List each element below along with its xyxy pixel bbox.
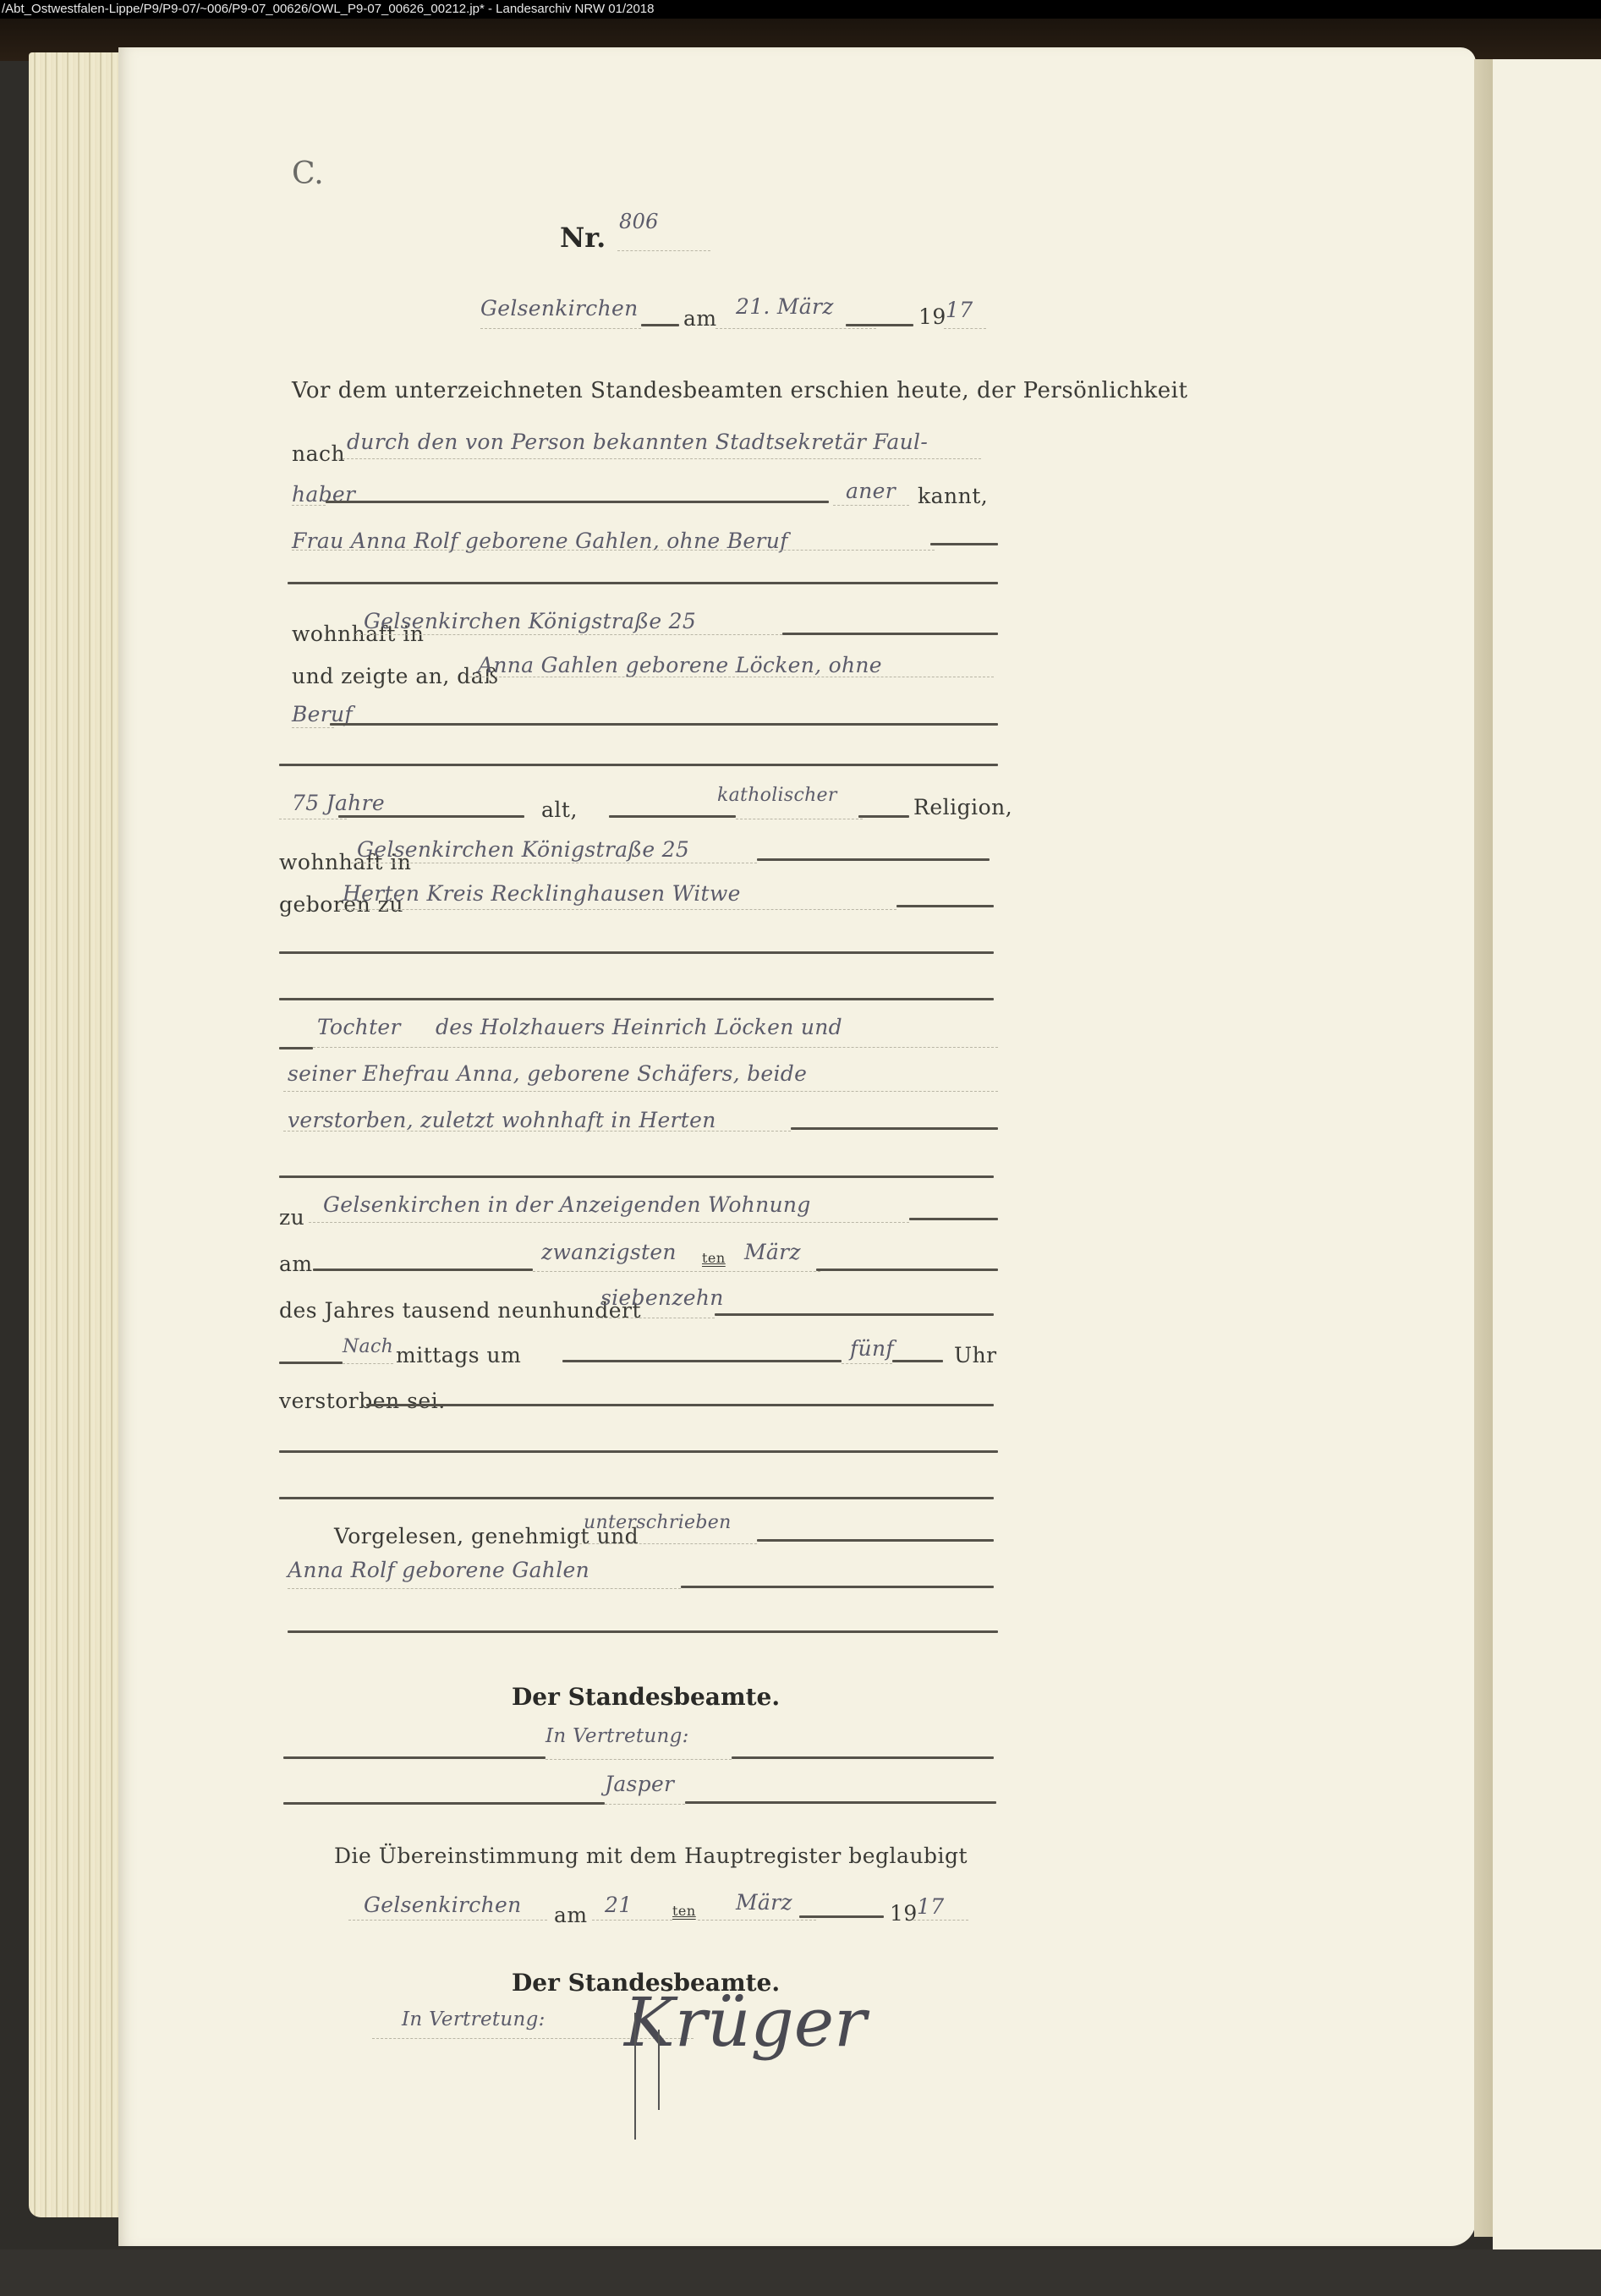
window-title: /Abt_Ostwestfalen-Lippe/P9/P9-07/~006/P9… [0, 0, 1601, 19]
header-year-prefix: 19 [918, 304, 946, 329]
number-line [617, 250, 710, 251]
header-place: Gelsenkirchen [480, 296, 638, 321]
backdrop-bottom [0, 2249, 1601, 2296]
header-date-line [716, 328, 876, 329]
dotted-line [355, 634, 782, 635]
death-day: zwanzigsten [541, 1240, 677, 1264]
identity-line1: durch den von Person bekannten Stadtsekr… [347, 430, 928, 454]
death-uhr-label: Uhr [954, 1343, 997, 1367]
dotted-line [283, 1091, 998, 1092]
section-letter: C. [292, 156, 324, 191]
rule [909, 1218, 998, 1220]
dotted-line [469, 677, 994, 677]
registrar2-signature: Krüger [624, 1983, 866, 2062]
dotted-line [698, 1920, 816, 1921]
dotted-line [283, 1131, 791, 1132]
parents-prefix: Tochter [317, 1015, 401, 1039]
rule [562, 1360, 842, 1362]
dotted-line [313, 1047, 998, 1048]
dotted-line [343, 1363, 393, 1364]
intro-text: Vor dem unterzeichneten Standesbeamten e… [292, 378, 1187, 403]
rule [338, 815, 524, 818]
death-am-label: am [279, 1252, 313, 1276]
dotted-line [351, 863, 757, 863]
book-page-stack [29, 52, 129, 2217]
death-ten-label: ten [702, 1250, 726, 1266]
registrar1-name: Jasper [605, 1772, 674, 1796]
rule [681, 1586, 994, 1588]
cert-month: März [736, 1890, 792, 1915]
deceased-name-line1: Anna Gahlen geborene Löcken, ohne [478, 653, 882, 677]
rule [732, 1756, 994, 1759]
rule [313, 1269, 533, 1271]
dotted-line [338, 909, 896, 910]
rule [279, 1450, 998, 1453]
rule [279, 951, 994, 954]
rule [757, 858, 990, 861]
rule [609, 815, 736, 818]
informant-residence-value: Gelsenkirchen Königstraße 25 [364, 609, 696, 633]
parents-line2: seiner Ehefrau Anna, geborene Schäfers, … [288, 1061, 807, 1086]
registrar1-in-vertretung: In Vertretung: [546, 1725, 689, 1747]
rule [283, 1802, 605, 1805]
rule [283, 1756, 546, 1759]
dotted-line [292, 727, 334, 728]
year-line [944, 328, 986, 329]
vorgelesen-value: unterschrieben [584, 1512, 732, 1533]
rule [846, 324, 913, 326]
rule [641, 324, 679, 326]
register-page [118, 47, 1476, 2246]
rule [816, 1269, 998, 1271]
header-year-suffix: 17 [946, 298, 973, 322]
cert-year-prefix: 19 [890, 1901, 918, 1926]
rule [279, 764, 998, 766]
dotted-line [575, 1543, 757, 1544]
rule [288, 582, 998, 584]
death-hour: fünf [850, 1336, 894, 1361]
rule [782, 633, 998, 635]
rule [288, 1630, 998, 1633]
known-word: aner [846, 479, 896, 503]
kannt-label: kannt, [918, 484, 988, 508]
cert-am-label: am [554, 1903, 588, 1927]
rule [279, 1362, 343, 1364]
cert-year-suffix: 17 [917, 1894, 944, 1919]
number-label: Nr. [560, 222, 606, 254]
cert-day: 21 [605, 1893, 632, 1917]
dotted-line [309, 1222, 909, 1223]
alt-label: alt, [541, 797, 578, 822]
dotted-line [605, 1804, 685, 1805]
dotted-line [348, 1920, 547, 1921]
signature-stroke [658, 2030, 660, 2110]
cert-place: Gelsenkirchen [364, 1893, 521, 1917]
religion-label: Religion, [913, 795, 1012, 819]
rule [366, 1404, 994, 1406]
informant-signature: Anna Rolf geborene Gahlen [288, 1558, 589, 1582]
cert-ten-label: ten [672, 1903, 696, 1919]
zeigte-label: und zeigte an, daß [292, 664, 498, 688]
rule [330, 723, 998, 726]
entry-number: 806 [619, 210, 659, 233]
rule [279, 1047, 313, 1049]
dotted-line [913, 1920, 968, 1921]
death-month: März [744, 1240, 801, 1264]
certification-text: Die Übereinstimmung mit dem Hauptregiste… [334, 1844, 968, 1868]
signature-stroke [634, 2013, 636, 2140]
death-zu-label: zu [279, 1205, 304, 1230]
rule [715, 1313, 994, 1316]
rule [791, 1127, 998, 1130]
rule [892, 1360, 943, 1362]
dotted-line [592, 1920, 672, 1921]
rule [279, 998, 994, 1000]
dotted-line [833, 505, 909, 506]
dotted-line [288, 1588, 681, 1589]
registrar2-in-vertretung: In Vertretung: [402, 2008, 546, 2030]
death-year-label: des Jahres tausend neunhundert [279, 1298, 641, 1323]
header-place-line [480, 328, 641, 329]
rule [279, 1175, 994, 1178]
rule [799, 1915, 884, 1918]
rule [757, 1539, 994, 1542]
death-mittags-label: mittags um [396, 1343, 521, 1367]
rule [279, 1497, 994, 1499]
rule [858, 815, 909, 818]
religion-value: katholischer [717, 785, 837, 806]
adjacent-page [1493, 59, 1601, 2249]
dotted-line [292, 505, 326, 506]
dotted-line [546, 1759, 732, 1760]
dotted-line [533, 1271, 820, 1272]
death-place: Gelsenkirchen in der Anzeigenden Wohnung [323, 1192, 811, 1217]
rule [896, 905, 994, 907]
nach-label: nach [292, 441, 345, 466]
verstorben-label: verstorben sei. [279, 1389, 446, 1413]
registrar1-title: Der Standesbeamte. [512, 1683, 780, 1711]
dotted-line [279, 819, 347, 819]
dotted-line [842, 1363, 892, 1364]
rule [326, 501, 829, 503]
dotted-line [736, 819, 863, 819]
death-time-prefix: Nach [343, 1336, 393, 1357]
header-am-label: am [683, 306, 717, 331]
death-year-value: siebenzehn [600, 1285, 724, 1310]
rule [930, 543, 998, 545]
deceased-age: 75 Jahre [292, 791, 385, 815]
deceased-residence-value: Gelsenkirchen Königstraße 25 [357, 837, 689, 862]
born-value: Herten Kreis Recklinghausen Witwe [343, 881, 741, 906]
parents-line1: des Holzhauers Heinrich Löcken und [436, 1015, 842, 1039]
header-date: 21. März [736, 294, 834, 319]
dotted-line [292, 550, 935, 551]
rule [685, 1801, 996, 1804]
dotted-line [338, 458, 981, 459]
dotted-line [596, 1318, 715, 1318]
parents-line3: verstorben, zuletzt wohnhaft in Herten [288, 1108, 716, 1132]
